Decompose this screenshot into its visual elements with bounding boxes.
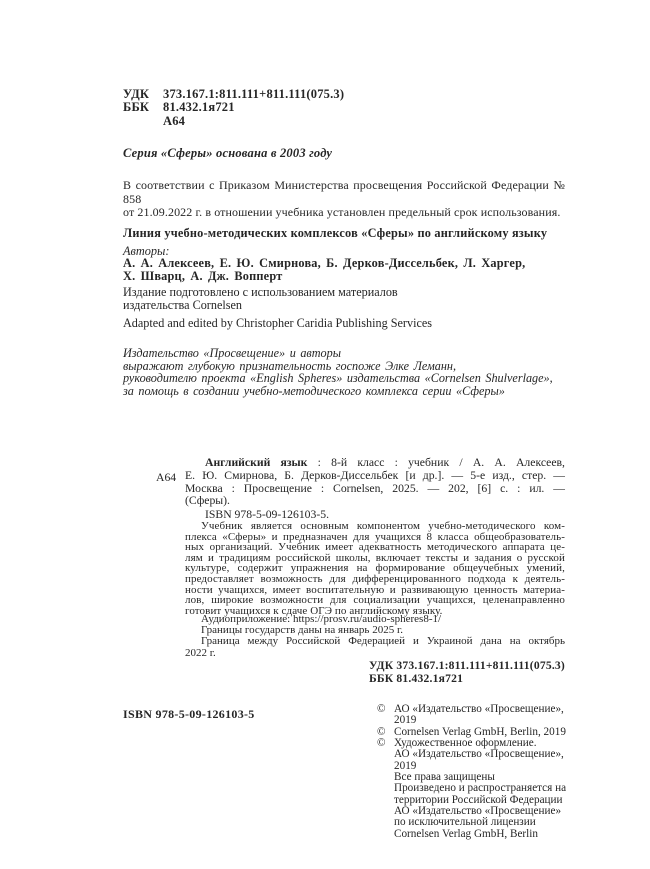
gratitude-line: за помощь в создании учебно-методическог… — [123, 385, 553, 398]
copyright-icon — [377, 772, 394, 783]
bbk-label: ББК — [123, 101, 163, 114]
copyright-line: АО «Издательство «Просвещение», 2019 — [377, 749, 569, 772]
umk-line-heading: Линия учебно-методических комплексов «Сф… — [123, 226, 547, 241]
copyright-block: ©АО «Издательство «Просвещение», 2019 ©C… — [377, 704, 569, 840]
copyright-text: АО «Издательство «Просвещение», 2019 — [394, 704, 569, 727]
authors-line: Х. Шварц, А. Дж. Вопперт — [123, 270, 525, 283]
bibliographic-record: Английский язык : 8-й класс : учебник / … — [185, 457, 565, 508]
author-sign-top: А64 — [163, 115, 344, 128]
order-note-line: В соответствии с Приказом Министерства п… — [123, 179, 565, 206]
copyright-icon: © — [377, 704, 394, 727]
copyright-icon — [377, 829, 394, 840]
annotation: Учебник является основным компонентом уч… — [185, 521, 565, 616]
bbk-value: 81.432.1я721 — [163, 100, 235, 114]
author-sign-card: А64 — [156, 471, 176, 484]
bbk-row: ББК81.432.1я721 — [123, 101, 344, 114]
annotation-line: предоставляет возможность для дифференци… — [185, 574, 565, 585]
gratitude-note: Издательство «Просвещение» и авторы выра… — [123, 347, 553, 397]
bib-line-rest: : 8-й класс : учебник / А. А. Алексеев, — [307, 456, 565, 469]
annotation-line: Учебник является основным компонентом уч… — [185, 521, 565, 532]
ministry-order-note: В соответствии с Приказом Министерства п… — [123, 179, 565, 220]
copyright-icon — [377, 795, 394, 806]
gratitude-line: Издательство «Просвещение» и авторы — [123, 347, 553, 360]
gratitude-line: руководителю проекта «English Spheres» и… — [123, 372, 553, 385]
series-note: Серия «Сферы» основана в 2003 году — [123, 146, 332, 161]
udk-bbk-bottom: УДК 373.167.1:811.111+811.111(075.3) ББК… — [369, 659, 565, 685]
copyright-icon — [377, 806, 394, 817]
order-note-line: от 21.09.2022 г. в отношении учебника ус… — [123, 206, 565, 220]
udk-bbk-block: УДК373.167.1:811.111+811.111(075.3) ББК8… — [123, 88, 344, 128]
copyright-icon: © — [377, 738, 394, 749]
book-imprint-page: { "top_codes": { "udk_label": "УДК", "ud… — [0, 0, 650, 869]
udk-value: 373.167.1:811.111+811.111(075.3) — [163, 87, 344, 101]
footer-isbn: ISBN 978-5-09-126103-5 — [123, 707, 255, 722]
bib-line: Английский язык : 8-й класс : учебник / … — [185, 457, 565, 470]
adapted-note: Adapted and edited by Christopher Caridi… — [123, 316, 432, 331]
borders-note-line: Граница между Российской Федерацией и Ук… — [185, 636, 565, 647]
bib-line: (Сферы). — [185, 495, 565, 508]
copyright-text: АО «Издательство «Просвещение», 2019 — [394, 749, 569, 772]
copyright-icon — [377, 817, 394, 828]
bib-title: Английский язык — [205, 456, 307, 469]
copyright-line: Cornelsen Verlag GmbH, Berlin — [377, 829, 569, 840]
copyright-line: ©АО «Издательство «Просвещение», 2019 — [377, 704, 569, 727]
bbk-line-bottom: ББК 81.432.1я721 — [369, 672, 565, 685]
borders-note-line: 2022 г. — [185, 648, 565, 659]
edition-note: Издание подготовлено с использованием ма… — [123, 286, 398, 312]
bib-line: Москва : Просвещение : Cornelsen, 2025. … — [185, 483, 565, 496]
copyright-text: Cornelsen Verlag GmbH, Berlin — [394, 829, 538, 840]
edition-note-line: издательства Cornelsen — [123, 299, 398, 312]
authors-line: А. А. Алексеев, Е. Ю. Смирнова, Б. Дерко… — [123, 257, 525, 270]
audio-and-borders-note: Аудиоприложение: https://prosv.ru/audio-… — [185, 614, 565, 659]
bib-line: Е. Ю. Смирнова, Б. Дерков-Диссельбек [и … — [185, 470, 565, 483]
copyright-icon — [377, 749, 394, 772]
udk-line-bottom: УДК 373.167.1:811.111+811.111(075.3) — [369, 659, 565, 672]
copyright-icon — [377, 783, 394, 794]
udk-row: УДК373.167.1:811.111+811.111(075.3) — [123, 88, 344, 101]
udk-label: УДК — [123, 88, 163, 101]
authors-names: А. А. Алексеев, Е. Ю. Смирнова, Б. Дерко… — [123, 257, 525, 284]
